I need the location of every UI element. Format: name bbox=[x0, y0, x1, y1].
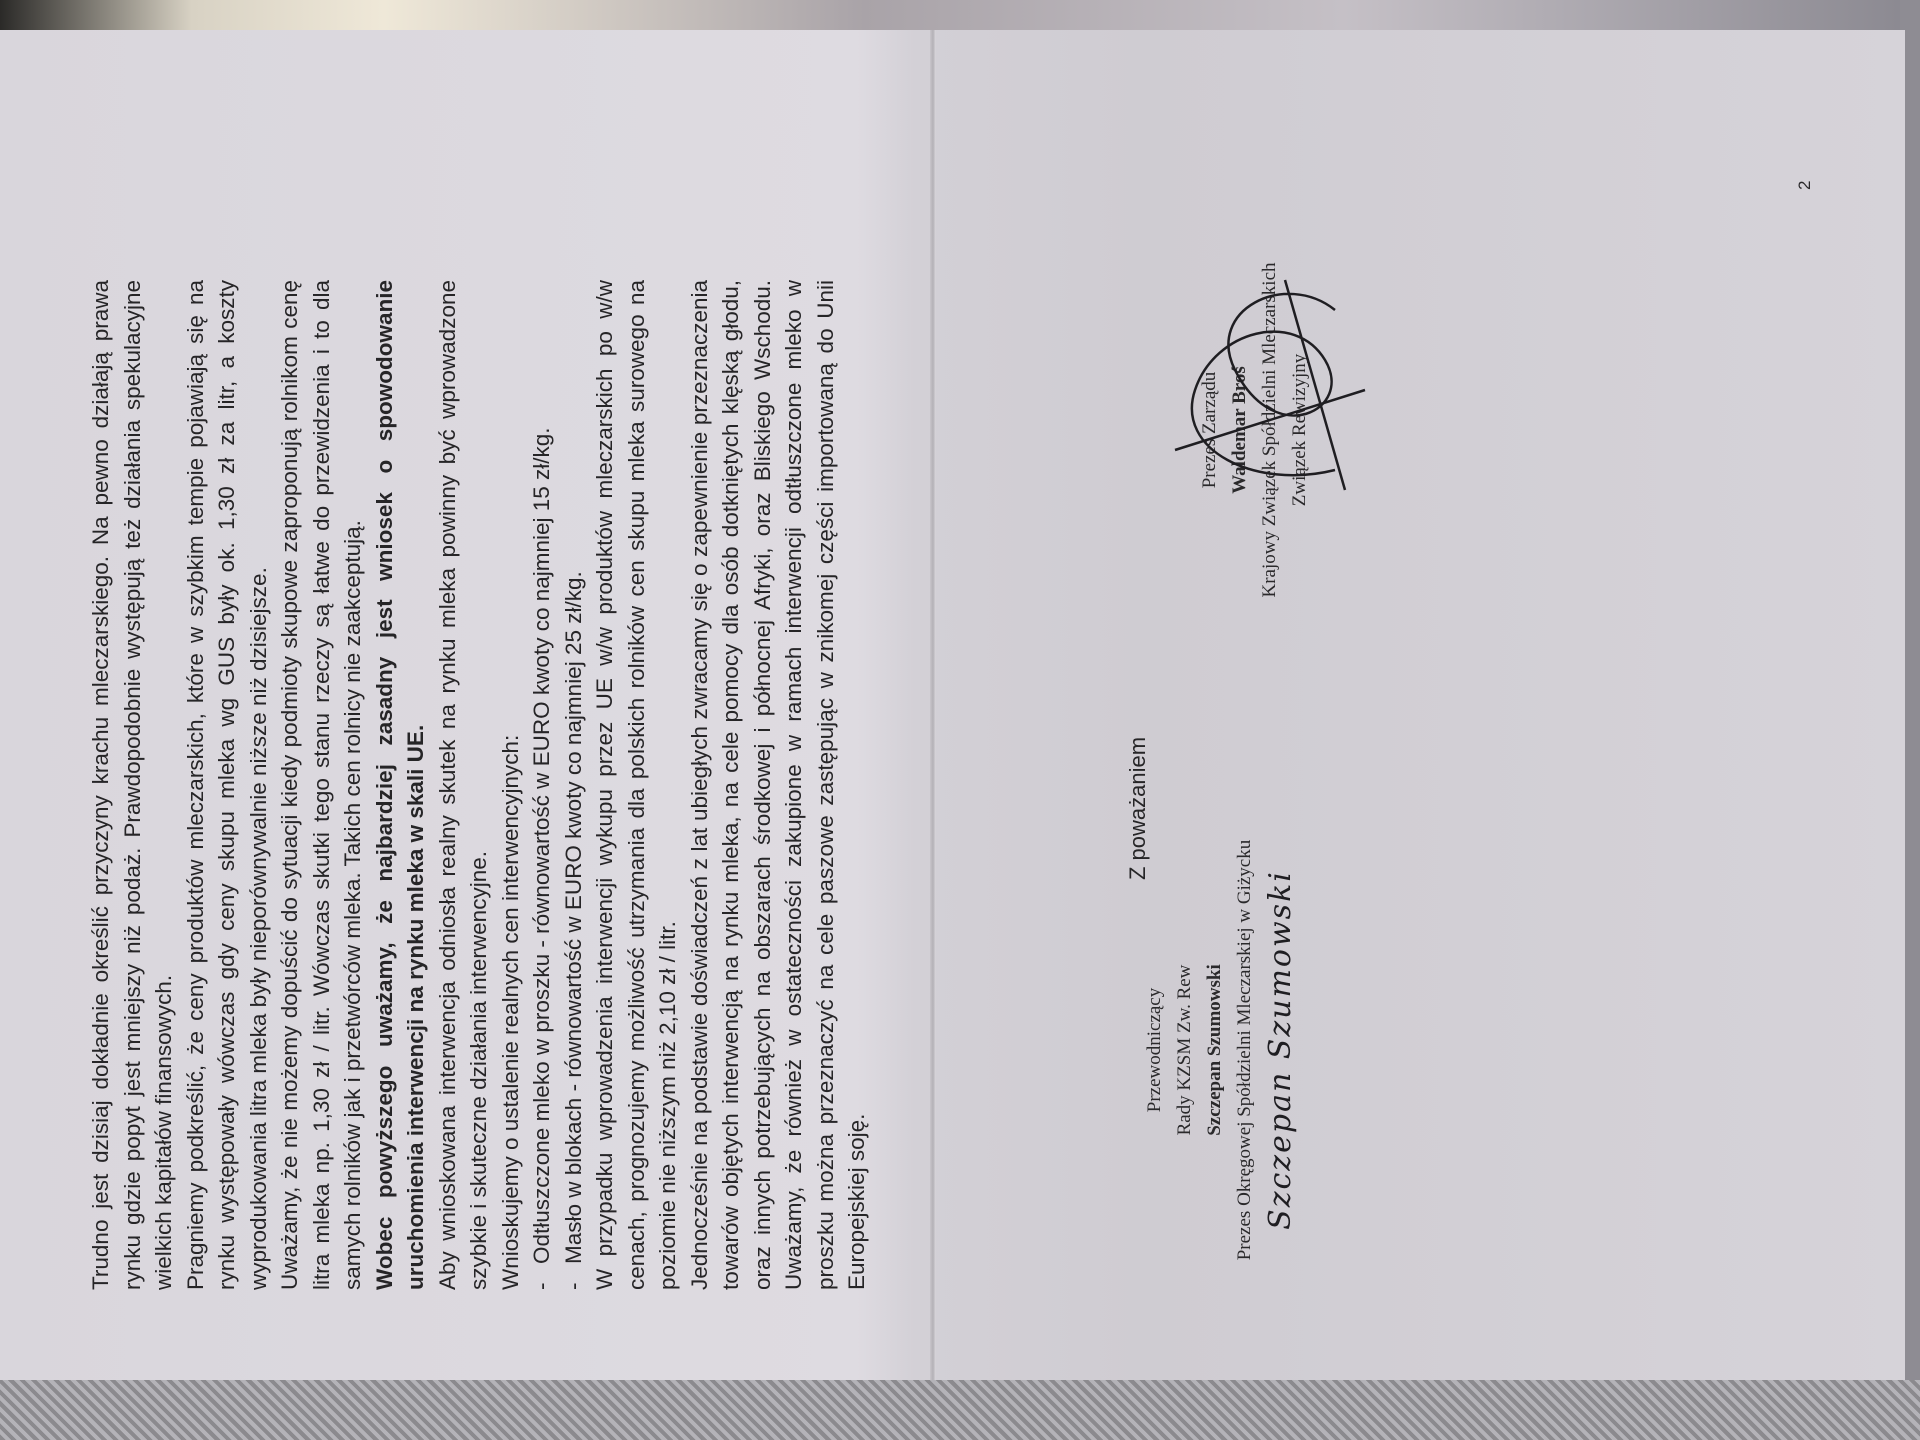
letter-body: Trudno jest dzisiaj dokładnie określić p… bbox=[85, 280, 873, 1290]
signatory-role: Przewodniczący bbox=[1140, 770, 1170, 1330]
list-item-text: Odtłuszczone mleko w proszku - równowart… bbox=[526, 427, 558, 1264]
signatory-role: Prezes Zarządu bbox=[1195, 180, 1225, 680]
paragraph-1: Trudno jest dzisiaj dokładnie określić p… bbox=[85, 280, 180, 1290]
list-dash: - bbox=[526, 1264, 558, 1290]
signatory-role-2: Rady KZSM Zw. Rew bbox=[1170, 770, 1200, 1330]
page-number: 2 bbox=[1795, 181, 1815, 190]
signatory-org: Krajowy Związek Spółdzielni Mleczarskich bbox=[1255, 180, 1285, 680]
list-item-text: Masło w blokach - równowartość w EURO kw… bbox=[558, 571, 590, 1264]
paragraph-5: Aby wnioskowana interwencja odniosła rea… bbox=[432, 280, 495, 1290]
paragraph-10: Jednocześnie na podstawie doświadczeń z … bbox=[684, 280, 873, 1290]
signature-block-right: Prezes Zarządu Waldemar Broś Krajowy Zwi… bbox=[1195, 180, 1315, 680]
signatory-name: Waldemar Broś bbox=[1225, 180, 1255, 680]
paragraph-2: Pragniemy podkreślić, że ceny produktów … bbox=[180, 280, 275, 1290]
signatory-org-2: Związek Rewizyjny bbox=[1285, 180, 1315, 680]
paragraph-9: W przypadku wprowadzenia interwencji wyk… bbox=[589, 280, 684, 1290]
list-item: - Masło w blokach - równowartość w EURO … bbox=[558, 280, 590, 1290]
paragraph-request-bold: Wobec powyższego uważamy, że najbardziej… bbox=[369, 280, 432, 1290]
paragraph-3: Uważamy, że nie możemy dopuścić do sytua… bbox=[274, 280, 369, 1290]
list-dash: - bbox=[558, 1264, 590, 1290]
handwritten-signature-left: Szczepan Szumowski bbox=[1266, 770, 1296, 1330]
paragraph-6: Wnioskujemy o ustalenie realnych cen int… bbox=[495, 280, 527, 1290]
signature-block-left: Przewodniczący Rady KZSM Zw. Rew Szczepa… bbox=[1140, 770, 1296, 1330]
signatory-name: Szczepan Szumowski bbox=[1200, 770, 1230, 1330]
rotated-letter-page: Trudno jest dzisiaj dokładnie określić p… bbox=[0, 140, 1820, 1440]
list-item: - Odtłuszczone mleko w proszku - równowa… bbox=[526, 280, 558, 1290]
signatory-org: Prezes Okręgowej Spółdzielni Mleczarskie… bbox=[1230, 770, 1260, 1330]
